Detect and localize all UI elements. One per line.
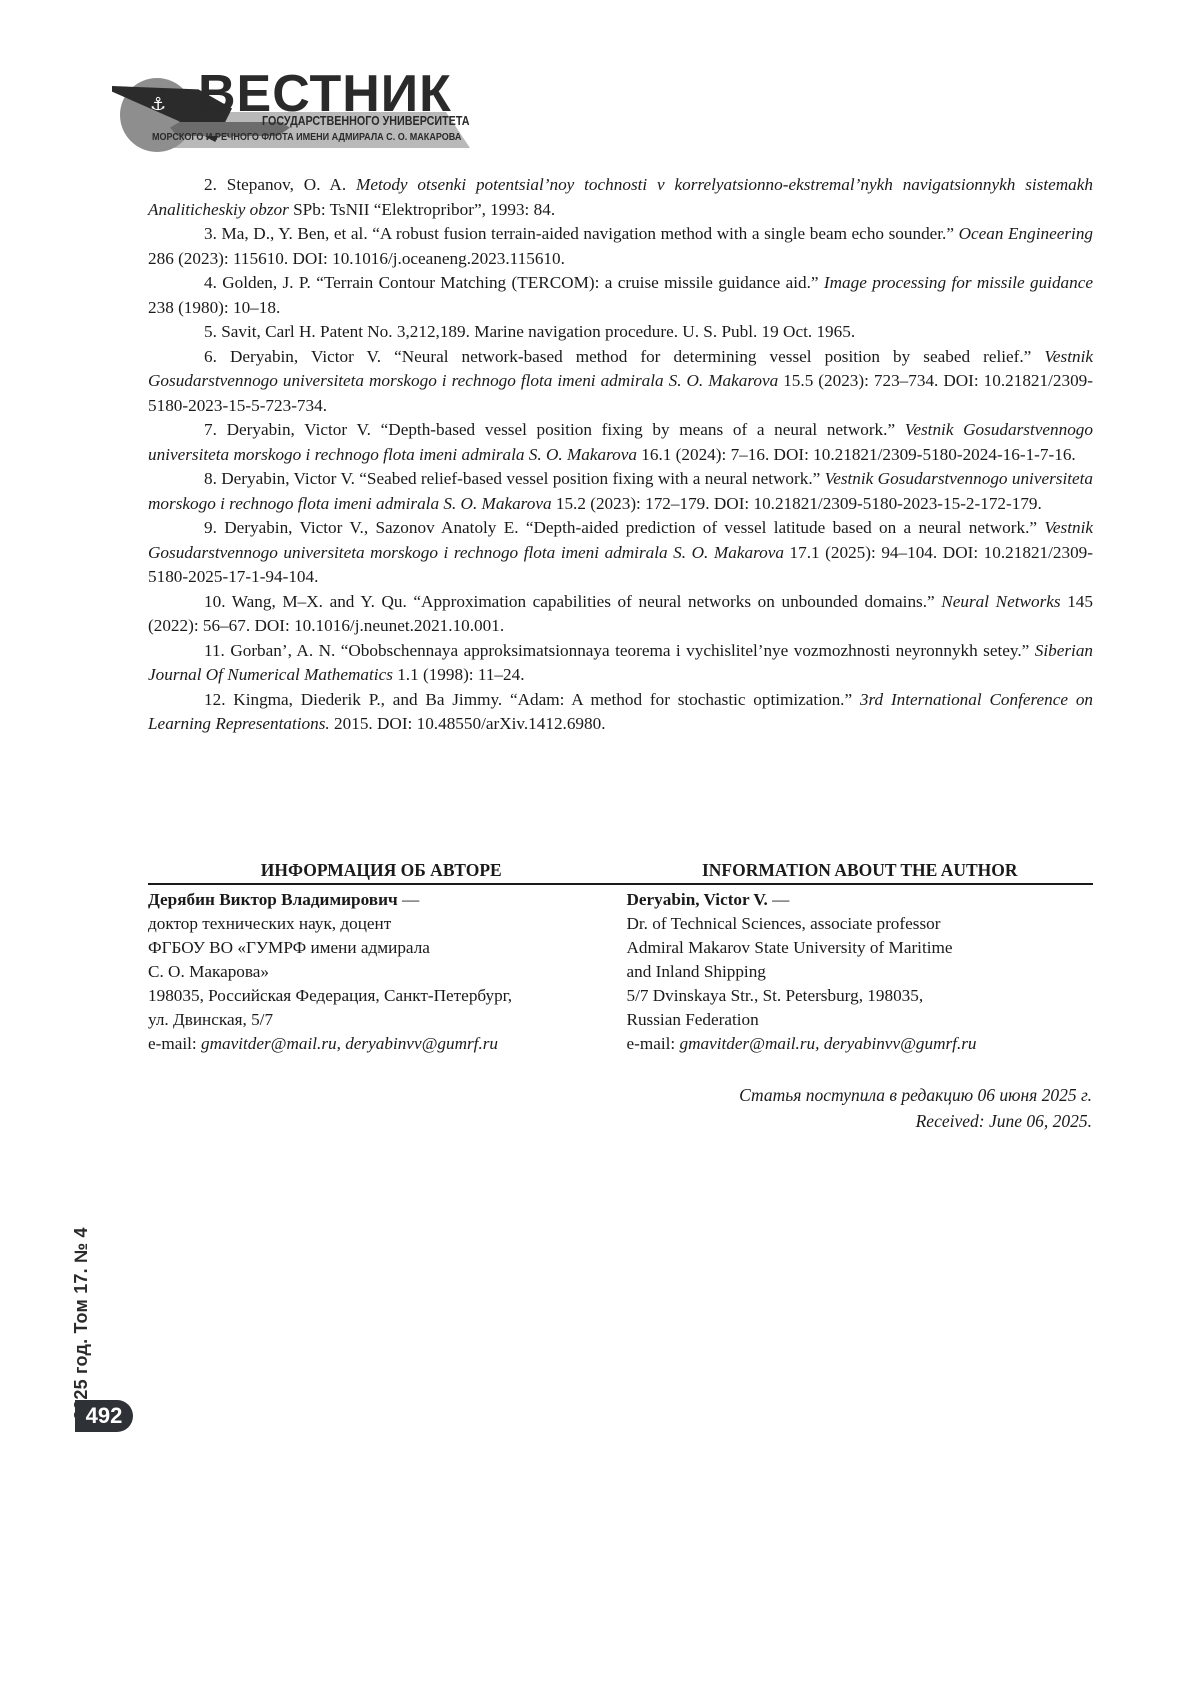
email-label: e-mail: xyxy=(627,1034,680,1053)
reference-list: 2. Stepanov, O. A. Metody otsenki potent… xyxy=(148,173,1093,737)
reference-text: Deryabin, Victor V. “Neural network-base… xyxy=(230,347,1044,366)
reference-details: 2015. DOI: 10.48550/arXiv.1412.6980. xyxy=(330,714,606,733)
reference-text: Deryabin, Victor V. “Depth-based vessel … xyxy=(227,420,905,439)
reference-text: Savit, Carl H. Patent No. 3,212,189. Mar… xyxy=(221,322,855,341)
author-info-ru: Дерябин Виктор Владимирович — доктор тех… xyxy=(148,888,615,1056)
reference-number: 8. xyxy=(204,469,217,488)
author-line: and Inland Shipping xyxy=(627,960,1094,984)
reference-number: 6. xyxy=(204,347,217,366)
reference-details: 16.1 (2024): 7–16. DOI: 10.21821/2309-51… xyxy=(637,445,1076,464)
journal-title: ВЕСТНИК xyxy=(198,68,452,120)
received-ru: Статья поступила в редакцию 06 июня 2025… xyxy=(739,1082,1092,1108)
author-line: Russian Federation xyxy=(627,1008,1094,1032)
journal-subtitle-1: ГОСУДАРСТВЕННОГО УНИВЕРСИТЕТА xyxy=(262,114,469,128)
reference-number: 9. xyxy=(204,518,217,537)
reference-number: 7. xyxy=(204,420,217,439)
journal-subtitle-2: МОРСКОГО И РЕЧНОГО ФЛОТА ИМЕНИ АДМИРАЛА … xyxy=(152,131,461,143)
reference-number: 4. xyxy=(204,273,217,292)
dash: — xyxy=(768,890,789,909)
reference-item: 4. Golden, J. P. “Terrain Contour Matchi… xyxy=(148,271,1093,320)
reference-item: 6. Deryabin, Victor V. “Neural network-b… xyxy=(148,345,1093,419)
reference-details: 286 (2023): 115610. DOI: 10.1016/j.ocean… xyxy=(148,249,565,268)
reference-text: Deryabin, Victor V. “Seabed relief-based… xyxy=(221,469,824,488)
reference-source: Ocean Engineering xyxy=(959,224,1093,243)
reference-details: 238 (1980): 10–18. xyxy=(148,298,280,317)
received-en: Received: June 06, 2025. xyxy=(739,1108,1092,1134)
reference-item: 11. Gorban’, A. N. “Obobschennaya approk… xyxy=(148,639,1093,688)
author-name-en: Deryabin, Victor V. xyxy=(627,890,768,909)
reference-text: Stepanov, O. A. xyxy=(227,175,356,194)
reference-number: 11. xyxy=(204,641,225,660)
reference-number: 10. xyxy=(204,592,225,611)
reference-details: SPb: TsNII “Elektropribor”, 1993: 84. xyxy=(289,200,555,219)
anchor-icon: ⚓ xyxy=(150,96,166,114)
reference-item: 12. Kingma, Diederik P., and Ba Jimmy. “… xyxy=(148,688,1093,737)
reference-details: 1.1 (1998): 11–24. xyxy=(393,665,525,684)
email-links-ru[interactable]: gmavitder@mail.ru, deryabinvv@gumrf.ru xyxy=(201,1034,498,1053)
reference-text: Wang, M–X. and Y. Qu. “Approximation cap… xyxy=(232,592,941,611)
reference-item: 10. Wang, M–X. and Y. Qu. “Approximation… xyxy=(148,590,1093,639)
reference-text: Golden, J. P. “Terrain Contour Matching … xyxy=(222,273,824,292)
reference-text: Gorban’, A. N. “Obobschennaya approksima… xyxy=(230,641,1034,660)
reference-details: 15.2 (2023): 172–179. DOI: 10.21821/2309… xyxy=(552,494,1042,513)
author-line: Dr. of Technical Sciences, associate pro… xyxy=(627,912,1094,936)
author-info-heading-en: INFORMATION ABOUT THE AUTHOR xyxy=(627,860,1094,881)
author-line: ФГБОУ ВО «ГУМРФ имени адмирала xyxy=(148,936,615,960)
reference-source: Image processing for missile guidance xyxy=(824,273,1093,292)
reference-item: 5. Savit, Carl H. Patent No. 3,212,189. … xyxy=(148,320,1093,345)
reference-text: Kingma, Diederik P., and Ba Jimmy. “Adam… xyxy=(233,690,860,709)
reference-item: 7. Deryabin, Victor V. “Depth-based vess… xyxy=(148,418,1093,467)
journal-logo: ⚓ ВЕСТНИК ГОСУДАРСТВЕННОГО УНИВЕРСИТЕТА … xyxy=(112,74,472,152)
author-line: 5/7 Dvinskaya Str., St. Petersburg, 1980… xyxy=(627,984,1094,1008)
author-line: С. О. Макарова» xyxy=(148,960,615,984)
author-line: Admiral Makarov State University of Mari… xyxy=(627,936,1094,960)
author-info-heading-ru: ИНФОРМАЦИЯ ОБ АВТОРЕ xyxy=(148,860,627,881)
email-links-en[interactable]: gmavitder@mail.ru, deryabinvv@gumrf.ru xyxy=(679,1034,976,1053)
reference-number: 3. xyxy=(204,224,217,243)
page-number: 492 xyxy=(75,1400,133,1432)
reference-item: 3. Ma, D., Y. Ben, et al. “A robust fusi… xyxy=(148,222,1093,271)
reference-text: Ma, D., Y. Ben, et al. “A robust fusion … xyxy=(222,224,959,243)
author-info-en: Deryabin, Victor V. — Dr. of Technical S… xyxy=(615,888,1094,1056)
author-info-headings: ИНФОРМАЦИЯ ОБ АВТОРЕ INFORMATION ABOUT T… xyxy=(148,860,1093,885)
author-info: ИНФОРМАЦИЯ ОБ АВТОРЕ INFORMATION ABOUT T… xyxy=(148,860,1093,1056)
reference-number: 5. xyxy=(204,322,217,341)
reference-number: 2. xyxy=(204,175,217,194)
reference-item: 2. Stepanov, O. A. Metody otsenki potent… xyxy=(148,173,1093,222)
author-line: 198035, Российская Федерация, Санкт-Пете… xyxy=(148,984,615,1008)
issue-info: 2025 год. Том 17. № 4 xyxy=(71,1227,92,1420)
reference-source: Neural Networks xyxy=(941,592,1060,611)
received-date: Статья поступила в редакцию 06 июня 2025… xyxy=(739,1082,1092,1134)
reference-item: 9. Deryabin, Victor V., Sazonov Anatoly … xyxy=(148,516,1093,590)
author-line: доктор технических наук, доцент xyxy=(148,912,615,936)
dash: — xyxy=(398,890,419,909)
reference-number: 12. xyxy=(204,690,225,709)
author-name-ru: Дерябин Виктор Владимирович xyxy=(148,890,398,909)
author-line: ул. Двинская, 5/7 xyxy=(148,1008,615,1032)
reference-text: Deryabin, Victor V., Sazonov Anatoly E. … xyxy=(224,518,1044,537)
email-label: e-mail: xyxy=(148,1034,201,1053)
reference-item: 8. Deryabin, Victor V. “Seabed relief-ba… xyxy=(148,467,1093,516)
